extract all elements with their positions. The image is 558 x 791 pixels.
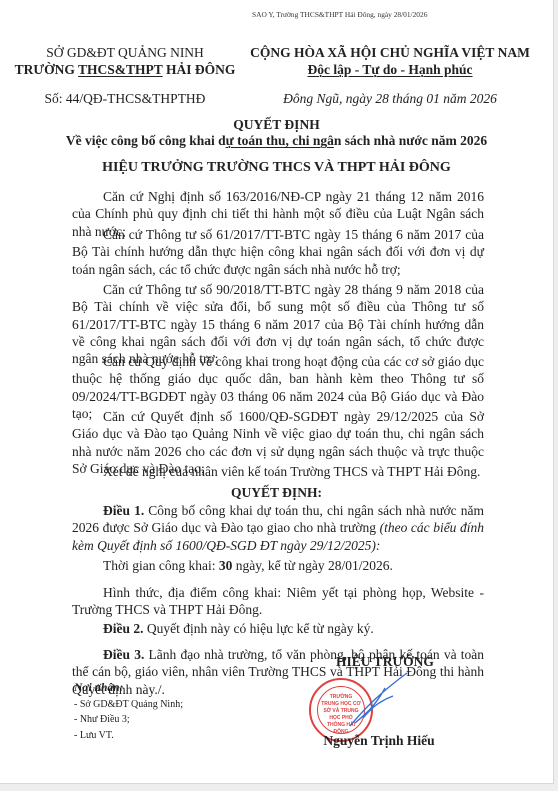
- document-page: SAO Y, Trường THCS&THPT Hải Đông, ngày 2…: [0, 0, 554, 784]
- article-1: Điều 1. Công bố công khai dự toán thu, c…: [72, 502, 484, 554]
- school-name-prefix: TRƯỜNG: [15, 62, 78, 77]
- article-2-label: Điều 2.: [103, 621, 144, 636]
- document-number: Số: 44/QĐ-THCS&THPTHĐ: [0, 90, 250, 107]
- disclosure-form: Hình thức, địa điểm công khai: Niêm yết …: [72, 584, 484, 619]
- decision-heading: QUYẾT ĐỊNH:: [0, 484, 553, 501]
- agency-name: SỞ GD&ĐT QUẢNG NINH: [0, 44, 250, 61]
- signer-name: Nguyễn Trịnh Hiếu: [314, 733, 444, 749]
- subject-part-2: n sách nhà nước năm 2026: [334, 133, 487, 148]
- disclosure-period: Thời gian công khai: 30 ngày, kể từ ngày…: [72, 557, 484, 574]
- recipients-block: Nơi nhận: - Sở GD&ĐT Quảng Ninh; - Như Đ…: [74, 681, 183, 743]
- decision-subject: Về việc công bố công khai dự toán thu, c…: [0, 132, 553, 149]
- preamble-paragraph: Căn cứ Thông tư số 61/2017/TT-BTC ngày 1…: [72, 226, 484, 278]
- recipient-item: - Lưu VT.: [74, 728, 183, 743]
- period-days: 30: [219, 558, 233, 573]
- signature-icon: [345, 668, 415, 728]
- nation-name: CỘNG HÒA XÃ HỘI CHỦ NGHĨA VIỆT NAM: [240, 44, 540, 61]
- decision-title: QUYẾT ĐỊNH: [0, 116, 553, 133]
- article-2-text: Quyết định này có hiệu lực kể từ ngày ký…: [144, 621, 374, 636]
- national-motto-text: Độc lập - Tự do - Hạnh phúc: [307, 62, 472, 77]
- recipient-item: - Sở GD&ĐT Quảng Ninh;: [74, 697, 183, 712]
- subject-part-underlined: ự toán thu, chi ngâ: [226, 133, 334, 148]
- recipient-item: - Như Điều 3;: [74, 712, 183, 727]
- copy-note: SAO Y, Trường THCS&THPT Hải Đông, ngày 2…: [252, 10, 427, 19]
- recipients-title: Nơi nhận:: [74, 681, 183, 696]
- national-motto: Độc lập - Tự do - Hạnh phúc: [240, 61, 540, 78]
- article-2: Điều 2. Quyết định này có hiệu lực kể từ…: [72, 620, 484, 637]
- article-1-label: Điều 1.: [103, 503, 144, 518]
- school-name-suffix: HẢI ĐÔNG: [163, 62, 236, 77]
- signer-title: HIỆU TRƯỞNG: [330, 654, 440, 670]
- preamble-paragraph: Xét đề nghị của nhân viên kế toán Trường…: [72, 463, 484, 480]
- article-3-label: Điều 3.: [103, 647, 144, 662]
- school-name: TRƯỜNG THCS&THPT HẢI ĐÔNG: [0, 61, 250, 78]
- school-name-underlined: THCS&THPT: [78, 62, 163, 77]
- period-label: Thời gian công khai:: [103, 558, 219, 573]
- issuer-title: HIỆU TRƯỞNG TRƯỜNG THCS VÀ THPT HẢI ĐÔNG: [0, 160, 553, 176]
- period-rest: ngày, kể từ ngày 28/01/2026.: [232, 558, 393, 573]
- place-date: Đông Ngũ, ngày 28 tháng 01 năm 2026: [240, 90, 540, 107]
- subject-part-1: Về việc công bố công khai d: [66, 133, 226, 148]
